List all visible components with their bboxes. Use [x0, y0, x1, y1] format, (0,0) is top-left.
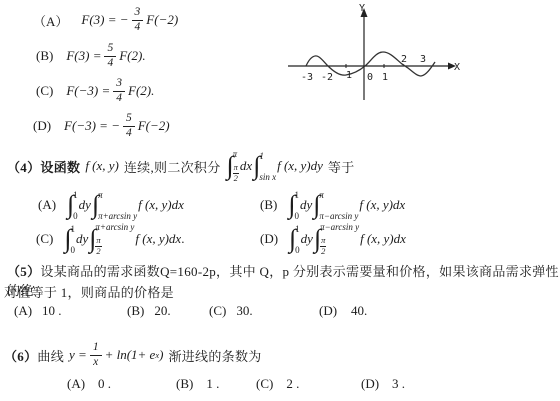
tick-label: 1 — [382, 72, 388, 83]
tick-label: 3 — [420, 54, 426, 65]
option-label: (C) — [36, 231, 53, 247]
equation-mid: + ln(1+ e — [105, 347, 156, 363]
integral-upper: π — [233, 149, 238, 159]
option-label: (B) — [127, 303, 144, 319]
fraction-numerator: 5 — [123, 112, 135, 126]
integrand: f (x, y)dx — [135, 231, 181, 247]
option-value: 0 . — [98, 376, 111, 392]
stem-text: 设函数 — [40, 157, 80, 176]
fraction: 1x — [90, 341, 102, 368]
formula-post: F(2). — [128, 83, 154, 99]
option-label: (C) — [256, 376, 273, 392]
q5-option-a: (A) 10 . — [14, 303, 62, 319]
q6-stem: （6） 曲线 y = 1x + ln(1+ ex) 渐进线的条数为 — [4, 338, 262, 372]
tick-label: -2 — [321, 72, 333, 83]
q5-option-d: (D) 40. — [319, 303, 367, 319]
fraction-denominator: 4 — [134, 21, 142, 34]
formula-post: F(2). — [119, 48, 145, 64]
dy: dy — [76, 231, 88, 247]
function-graph-svg: Y X -3 -2 -1 0 1 2 3 — [283, 1, 465, 104]
integral-lower: sin x — [259, 172, 276, 182]
fraction-denominator: 4 — [115, 92, 123, 105]
formula-post: F(−2) — [138, 118, 170, 134]
dy: dy — [300, 197, 312, 213]
q5-stem-line2: 对值等于 1，则商品的价格是 — [4, 282, 174, 301]
q3-option-c: (C) F(−3) = 34 F(2). — [36, 75, 154, 107]
fraction-denominator: 4 — [125, 127, 133, 140]
option-label: (A) — [38, 197, 56, 213]
question-number: （5） — [7, 264, 40, 279]
integrand: f (x, y)dx — [359, 197, 405, 213]
option-value: 2 . — [286, 376, 299, 392]
q3-option-b: (B) F(3) = 54 F(2). — [36, 40, 146, 72]
x-axis-label: X — [454, 62, 460, 73]
fraction: 34 — [132, 6, 144, 33]
option-label: (A) — [67, 376, 85, 392]
dy: dy — [79, 197, 91, 213]
fraction-numerator: 3 — [113, 77, 125, 91]
exam-page: （A） F(3) = − 34 F(−2) (B) F(3) = 54 F(2)… — [0, 0, 560, 401]
integral-lower-fraction: π2 — [95, 236, 101, 256]
equation-close: ) — [159, 347, 163, 363]
tick-label: -3 — [301, 72, 313, 83]
q6-option-c: (C) 2 . — [256, 376, 299, 392]
option-label: (D) — [319, 303, 337, 319]
integrand: f (x, y)dy — [277, 158, 323, 174]
function-graph: Y X -3 -2 -1 0 1 2 3 — [283, 1, 465, 108]
formula-pre: F(3) = — [66, 48, 101, 64]
q4-option-a: (A) ∫10 dy ∫ππ+arcsin y f (x, y)dx — [38, 189, 184, 221]
option-label: (D) — [361, 376, 379, 392]
integral-inner: ∫ 1 sin x — [253, 150, 276, 183]
function-notation: f (x, y) — [85, 158, 119, 174]
dy: dy — [301, 231, 313, 247]
q4-stem: （4） 设函数 f (x, y) 连续,则二次积分 ∫ π π2 dx ∫ 1 … — [7, 147, 355, 185]
formula-pre: F(3) = − — [81, 12, 128, 28]
fraction: 54 — [123, 112, 135, 139]
stem-text: 连续,则二次积分 — [124, 157, 221, 176]
integral-lower-fraction: π2 — [233, 163, 239, 183]
option-label: (D) — [33, 118, 51, 134]
q6-option-a: (A) 0 . — [67, 376, 111, 392]
stem-text: 曲线 — [37, 346, 64, 365]
fraction-numerator: 3 — [132, 6, 144, 20]
option-value: 30. — [236, 303, 252, 319]
fraction-denominator: x — [92, 356, 99, 369]
stem-text: 渐进线的条数为 — [168, 346, 261, 365]
q4-option-b: (B) ∫10 dy ∫ππ−arcsin y f (x, y)dx — [260, 189, 405, 221]
option-label: (B) — [176, 376, 193, 392]
equation-lhs: y = — [69, 347, 87, 363]
q3-option-d: (D) F(−3) = − 54 F(−2) — [33, 110, 170, 142]
q5-option-b: (B) 20. — [127, 303, 171, 319]
option-label: (B) — [36, 48, 53, 64]
tick-label: 2 — [401, 54, 407, 65]
q4-option-d: (D) ∫10 dy ∫π−arcsin yπ2 f (x, y)dx — [260, 222, 406, 256]
formula-pre: F(−3) = — [66, 83, 110, 99]
option-label: (C) — [209, 303, 226, 319]
stem-text: 等于 — [328, 157, 355, 176]
q5-option-c: (C) 30. — [209, 303, 253, 319]
option-value: 3 . — [392, 376, 405, 392]
integrand: f (x, y)dx — [360, 231, 406, 247]
option-value: 20. — [154, 303, 170, 319]
q3-option-a: （A） F(3) = − 34 F(−2) — [33, 4, 178, 36]
fraction: 34 — [113, 77, 125, 104]
integral-lower-fraction: π2 — [320, 236, 326, 256]
q6-option-d: (D) 3 . — [361, 376, 405, 392]
tick-label: 0 — [367, 72, 373, 83]
option-label: (D) — [260, 231, 278, 247]
question-number: （4） — [7, 157, 40, 176]
option-label: (C) — [36, 83, 53, 99]
fraction-denominator: 4 — [106, 57, 114, 70]
option-value: 1 . — [206, 376, 219, 392]
option-label: (A) — [14, 303, 32, 319]
integrand: f (x, y)dx — [138, 197, 184, 213]
option-tail: . — [181, 231, 184, 247]
fraction: 54 — [104, 42, 116, 69]
question-number: （6） — [4, 346, 37, 365]
q6-option-b: (B) 1 . — [176, 376, 219, 392]
integral-upper: 1 — [259, 151, 264, 161]
option-label: （A） — [33, 11, 68, 30]
y-axis-label: Y — [359, 3, 365, 14]
fraction-numerator: 5 — [104, 42, 116, 56]
dx: dx — [240, 158, 252, 174]
option-value: 10 . — [42, 303, 62, 319]
option-value: 40. — [351, 303, 367, 319]
formula-post: F(−2) — [146, 12, 178, 28]
q4-option-c: (C) ∫10 dy ∫π+arcsin yπ2 f (x, y)dx . — [36, 222, 184, 256]
tick-label: -1 — [340, 70, 352, 81]
fraction-numerator: 1 — [90, 341, 102, 355]
integral-outer: ∫ π π2 — [227, 148, 239, 184]
formula-pre: F(−3) = − — [64, 118, 120, 134]
option-label: (B) — [260, 197, 277, 213]
